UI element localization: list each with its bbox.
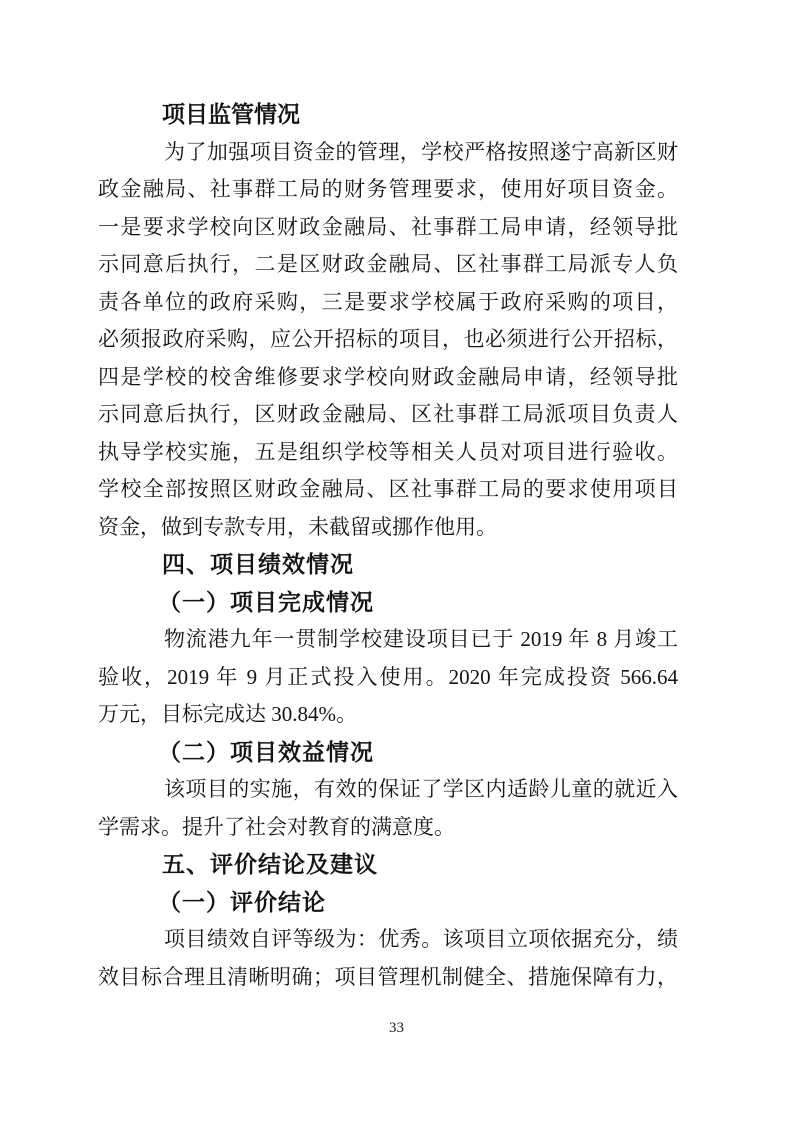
heading-kai: （二）项目效益情况 xyxy=(98,734,678,772)
text-line: 效目标合理且清晰明确；项目管理机制健全、措施保障有力， xyxy=(98,959,678,997)
text-line: 示同意后执行，区财政金融局、区社事群工局派项目负责人 xyxy=(98,396,678,434)
page-number: 33 xyxy=(0,1020,793,1037)
text-line: 资金，做到专款专用，未截留或挪作他用。 xyxy=(98,509,678,547)
heading-kai: （一）项目完成情况 xyxy=(98,584,678,622)
text-line: 为了加强项目资金的管理，学校严格按照遂宁高新区财 xyxy=(98,134,678,172)
document-body: 项目监管情况为了加强项目资金的管理，学校严格按照遂宁高新区财政金融局、社事群工局… xyxy=(98,96,678,996)
heading-bold: 项目监管情况 xyxy=(98,96,678,134)
text-line: 必须报政府采购，应公开招标的项目，也必须进行公开招标， xyxy=(98,321,678,359)
text-line: 项目绩效自评等级为：优秀。该项目立项依据充分，绩 xyxy=(98,921,678,959)
text-line: 政金融局、社事群工局的财务管理要求，使用好项目资金。 xyxy=(98,171,678,209)
text-line: 万元，目标完成达 30.84%。 xyxy=(98,696,678,734)
text-line: 四是学校的校舍维修要求学校向财政金融局申请，经领导批 xyxy=(98,359,678,397)
text-line: 验收，2019 年 9 月正式投入使用。2020 年完成投资 566.64 xyxy=(98,659,678,697)
text-line: 该项目的实施，有效的保证了学区内适龄儿童的就近入 xyxy=(98,771,678,809)
text-line: 执导学校实施，五是组织学校等相关人员对项目进行验收。 xyxy=(98,434,678,472)
heading-hei: 四、项目绩效情况 xyxy=(98,546,678,584)
heading-hei: 五、评价结论及建议 xyxy=(98,846,678,884)
text-line: 学需求。提升了社会对教育的满意度。 xyxy=(98,809,678,847)
heading-kai: （一）评价结论 xyxy=(98,884,678,922)
text-line: 物流港九年一贯制学校建设项目已于 2019 年 8 月竣工 xyxy=(98,621,678,659)
text-line: 责各单位的政府采购，三是要求学校属于政府采购的项目， xyxy=(98,284,678,322)
text-line: 示同意后执行，二是区财政金融局、区社事群工局派专人负 xyxy=(98,246,678,284)
document-page: 项目监管情况为了加强项目资金的管理，学校严格按照遂宁高新区财政金融局、社事群工局… xyxy=(0,0,793,1122)
text-line: 一是要求学校向区财政金融局、社事群工局申请，经领导批 xyxy=(98,209,678,247)
text-line: 学校全部按照区财政金融局、区社事群工局的要求使用项目 xyxy=(98,471,678,509)
